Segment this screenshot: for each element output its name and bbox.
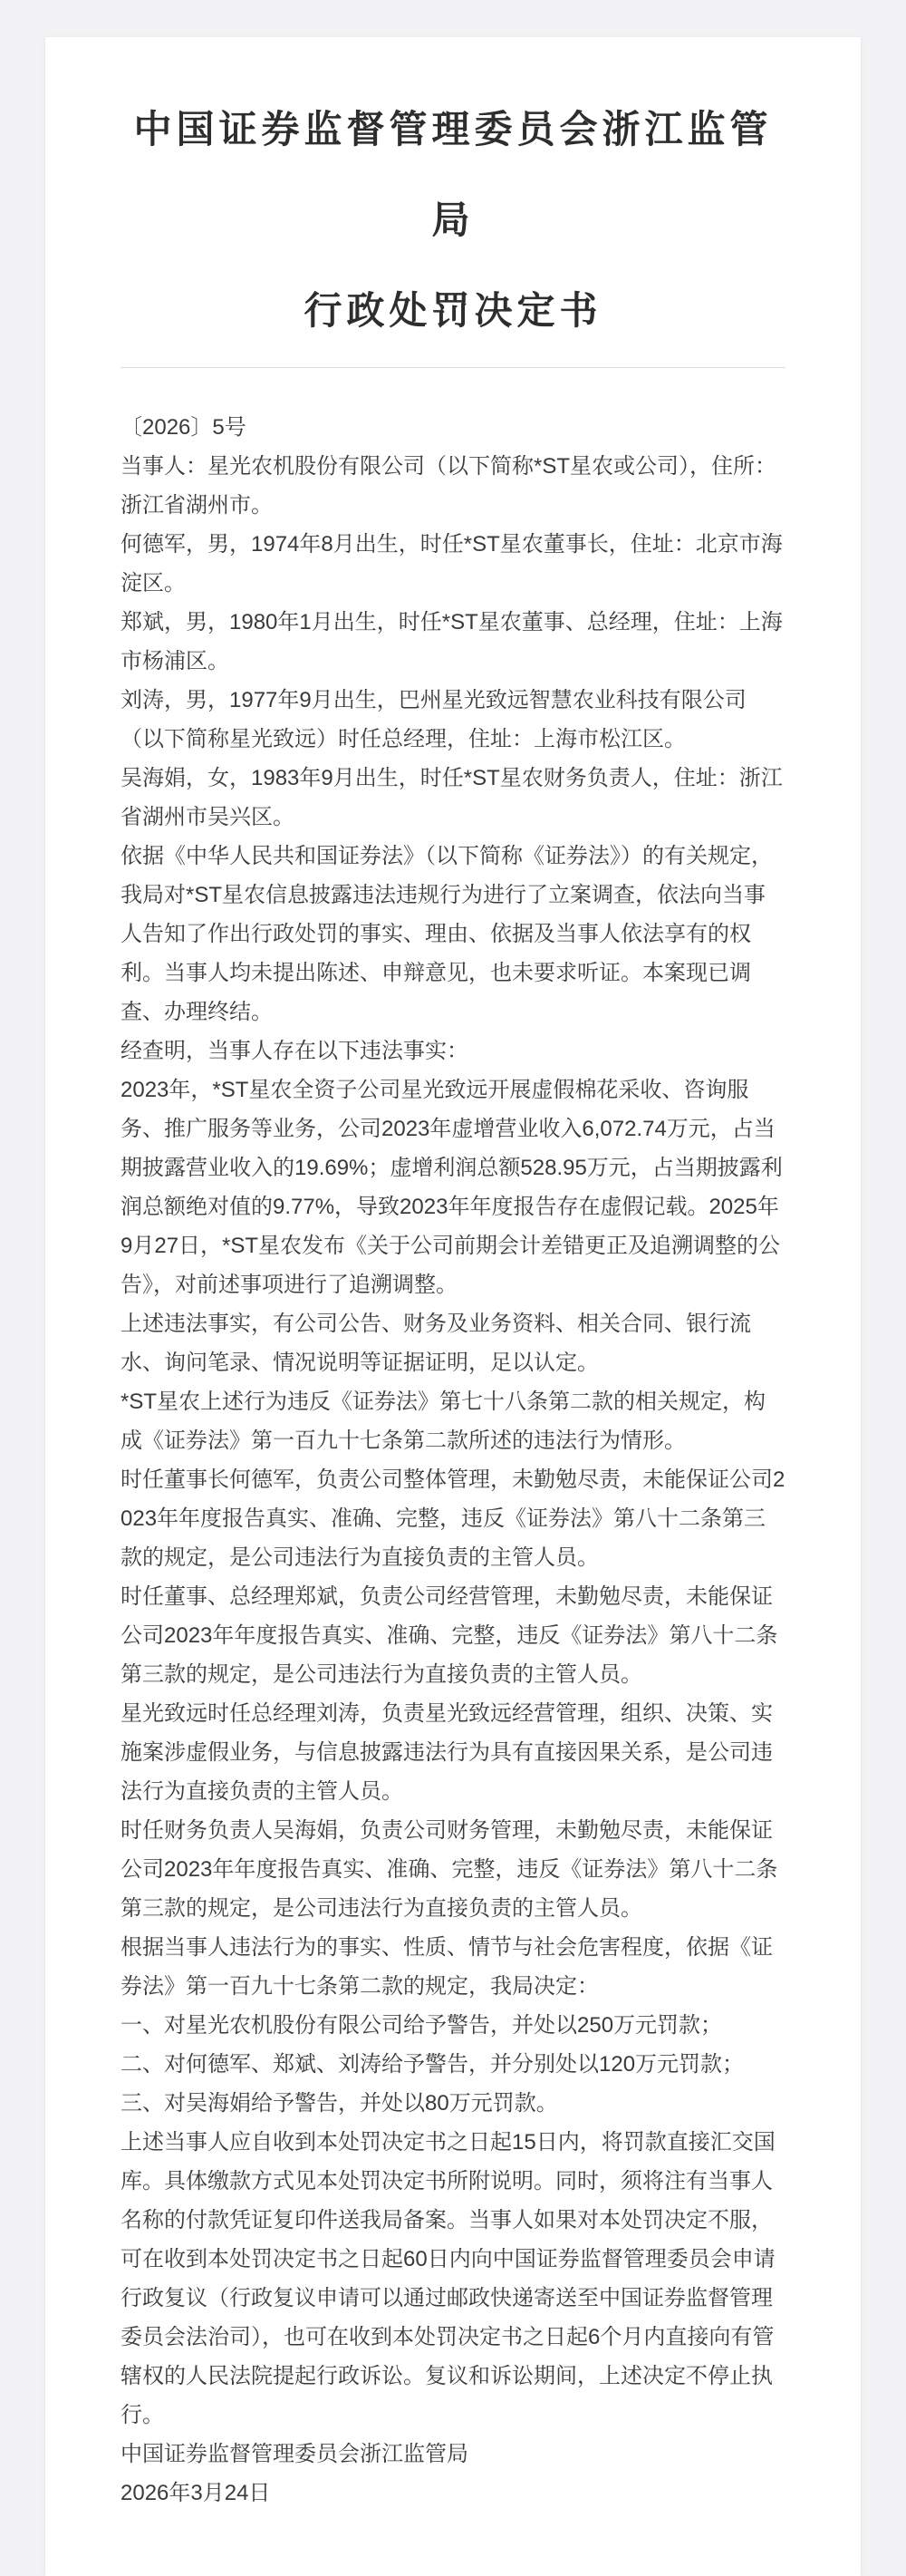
document-paragraph: 上述当事人应自收到本处罚决定书之日起15日内，将罚款直接汇交国库。具体缴款方式见…	[120, 2123, 786, 2435]
page-background: { "colors": { "page_background": "#f2f2f…	[0, 37, 906, 2576]
document-paragraph: 时任董事、总经理郑斌，负责公司经营管理，未勤勉尽责，未能保证公司2023年年度报…	[120, 1577, 786, 1694]
document-paragraph: 三、对吴海娟给予警告，并处以80万元罚款。	[120, 2084, 786, 2123]
document-paragraph: 2023年，*ST星农全资子公司星光致远开展虚假棉花采收、咨询服务、推广服务等业…	[120, 1070, 786, 1304]
document-paragraph: 二、对何德军、郑斌、刘涛给予警告，并分别处以120万元罚款；	[120, 2045, 786, 2084]
document-paragraph: 时任董事长何德军，负责公司整体管理，未勤勉尽责，未能保证公司2023年年度报告真…	[120, 1460, 786, 1577]
document-paragraph: 吴海娟，女，1983年9月出生，时任*ST星农财务负责人，住址：浙江省湖州市吴兴…	[120, 759, 786, 837]
date-line: 2026年3月24日	[120, 2474, 786, 2513]
document-paragraph: 一、对星光农机股份有限公司给予警告，并处以250万元罚款；	[120, 2006, 786, 2045]
document-card: 中国证券监督管理委员会浙江监管局 行政处罚决定书 〔2026〕5号 当事人：星光…	[45, 37, 861, 2576]
document-title-line2: 行政处罚决定书	[120, 266, 786, 356]
issuer-line: 中国证券监督管理委员会浙江监管局	[120, 2435, 786, 2474]
document-paragraph: 依据《中华人民共和国证券法》（以下简称《证券法》）的有关规定，我局对*ST星农信…	[120, 837, 786, 1031]
document-paragraph: 上述违法事实，有公司公告、财务及业务资料、相关合同、银行流水、询问笔录、情况说明…	[120, 1304, 786, 1382]
document-title-line1: 中国证券监督管理委员会浙江监管局	[120, 84, 786, 266]
document-paragraph: *ST星农上述行为违反《证券法》第七十八条第二款的相关规定，构成《证券法》第一百…	[120, 1382, 786, 1460]
document-body: 〔2026〕5号 当事人：星光农机股份有限公司（以下简称*ST星农或公司），住所…	[120, 408, 786, 2513]
document-paragraph: 刘涛，男，1977年9月出生，巴州星光致远智慧农业科技有限公司（以下简称星光致远…	[120, 681, 786, 759]
document-paragraph: 时任财务负责人吴海娟，负责公司财务管理，未勤勉尽责，未能保证公司2023年年度报…	[120, 1811, 786, 1928]
document-paragraph: 当事人：星光农机股份有限公司（以下简称*ST星农或公司），住所：浙江省湖州市。	[120, 447, 786, 525]
document-paragraph: 星光致远时任总经理刘涛，负责星光致远经营管理，组织、决策、实施案涉虚假业务，与信…	[120, 1694, 786, 1811]
document-paragraph: 郑斌，男，1980年1月出生，时任*ST星农董事、总经理，住址：上海市杨浦区。	[120, 603, 786, 681]
title-divider	[120, 367, 786, 368]
document-paragraph: 经查明，当事人存在以下违法事实：	[120, 1031, 786, 1070]
document-paragraph: 何德军，男，1974年8月出生，时任*ST星农董事长，住址：北京市海淀区。	[120, 525, 786, 603]
document-paragraph: 根据当事人违法行为的事实、性质、情节与社会危害程度，依据《证券法》第一百九十七条…	[120, 1928, 786, 2006]
document-number: 〔2026〕5号	[120, 408, 786, 447]
